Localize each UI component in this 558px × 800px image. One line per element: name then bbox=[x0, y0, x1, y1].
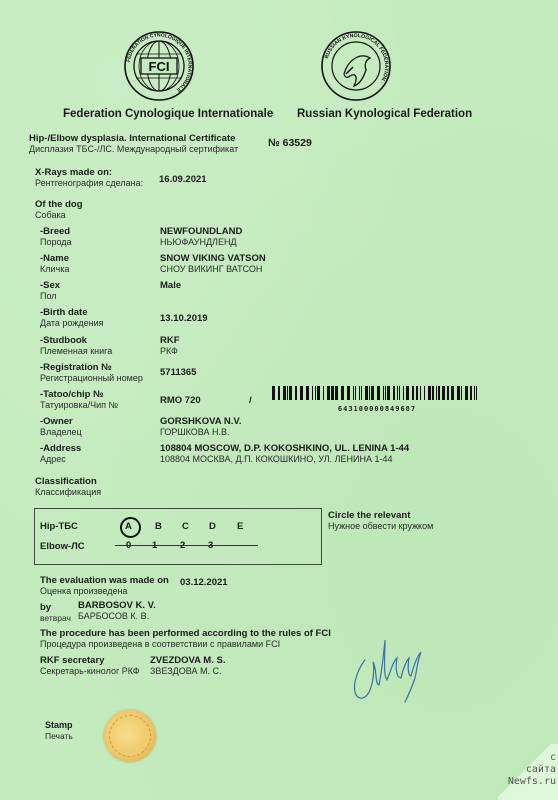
field-owner-label: -Owner Владелец bbox=[40, 416, 82, 438]
field-tattoo-value: RMO 720 bbox=[160, 395, 201, 406]
field-sex-label: -Sex Пол bbox=[40, 280, 60, 302]
secretary-name: ZVEZDOVA M. S. ЗВЕЗДОВА М. С. bbox=[150, 655, 225, 677]
elbow-strikethrough bbox=[115, 545, 258, 546]
rkf-caption: Russian Kynological Federation bbox=[297, 108, 472, 120]
watermark-line-3: Newfs.ru bbox=[498, 776, 558, 788]
circle-note: Circle the relevant Нужное обвести кружк… bbox=[328, 510, 433, 532]
classification-label: Classification Классификация bbox=[35, 476, 101, 498]
field-birth-value: 13.10.2019 bbox=[160, 313, 208, 324]
watermark-line-2: сайта bbox=[498, 764, 558, 776]
studbook-value-ru: РКФ bbox=[160, 346, 180, 357]
field-owner-value: GORSHKOVA N.V. ГОРШКОВА Н.В. bbox=[160, 416, 241, 438]
signature bbox=[345, 630, 445, 710]
stamp-label-en: Stamp bbox=[45, 720, 73, 731]
stamp-label: Stamp Печать bbox=[45, 720, 73, 742]
field-studbook-value: RKF РКФ bbox=[160, 335, 180, 357]
rkf-logo: RUSSIAN KYNOLOGICAL FEDERATION · bbox=[320, 30, 392, 102]
vet-by-ru: ветврач bbox=[40, 613, 71, 624]
xrays-label: X-Rays made on: Рентгенография сделана: bbox=[35, 167, 143, 189]
elbow-grade-0: 0 bbox=[126, 540, 131, 551]
owner-label-ru: Владелец bbox=[40, 427, 82, 438]
certificate-number: № 63529 bbox=[268, 137, 312, 149]
registration-label-ru: Регистрационный номер bbox=[40, 373, 143, 384]
owner-label-en: -Owner bbox=[40, 416, 82, 427]
address-label-ru: Адрес bbox=[40, 454, 81, 465]
evaluation-label-en: The evaluation was made on bbox=[40, 575, 169, 586]
xrays-date: 16.09.2021 bbox=[159, 174, 207, 185]
xrays-label-en: X-Rays made on: bbox=[35, 167, 143, 178]
field-name-value: SNOW VIKING VATSON СНОУ ВИКИНГ ВАТСОН bbox=[160, 253, 266, 275]
sex-value-en: Male bbox=[160, 280, 181, 291]
hip-grade-c: C bbox=[182, 521, 189, 532]
barcode-icon bbox=[272, 386, 482, 400]
birth-label-ru: Дата рождения bbox=[40, 318, 104, 329]
dog-section-label: Of the dog Собака bbox=[35, 199, 83, 221]
hip-label: Hip-ТБС bbox=[40, 521, 78, 532]
registration-label-en: -Registration № bbox=[40, 362, 143, 373]
hip-grade-d: D bbox=[209, 521, 216, 532]
procedure-en: The procedure has been performed accordi… bbox=[40, 628, 331, 639]
dog-section-en: Of the dog bbox=[35, 199, 83, 210]
address-label-en: -Address bbox=[40, 443, 81, 454]
name-value-en: SNOW VIKING VATSON bbox=[160, 253, 266, 264]
elbow-grade-1: 1 bbox=[152, 540, 157, 551]
selected-grade-circle bbox=[120, 517, 141, 538]
hip-grade-b: B bbox=[155, 521, 162, 532]
chip-barcode: 643100000849687 bbox=[272, 386, 482, 410]
address-value-ru: 108804 МОСКВА, Д.П. КОКОШКИНО, УЛ. ЛЕНИН… bbox=[160, 454, 409, 465]
classification-label-en: Classification bbox=[35, 476, 101, 487]
field-tattoo-label: -Tatoo/chip № Татуировка/Чип № bbox=[40, 389, 118, 411]
field-breed-value: NEWFOUNDLAND НЬЮФАУНДЛЕНД bbox=[160, 226, 242, 248]
classification-box: Hip-ТБС Elbow-ЛС ABCDE0123 bbox=[34, 508, 322, 565]
dog-section-ru: Собака bbox=[35, 210, 83, 221]
breed-label-en: -Breed bbox=[40, 226, 72, 237]
evaluation-label-ru: Оценка произведена bbox=[40, 586, 169, 597]
vet-by-en: by bbox=[40, 602, 71, 613]
fci-globe-seal-icon: FCI FEDERATION CYNOLOGIQUE INTERNATIONAL… bbox=[123, 30, 195, 102]
field-address-value: 108804 MOSCOW, D.P. KOKOSHKINO, UL. LENI… bbox=[160, 443, 409, 465]
studbook-value-en: RKF bbox=[160, 335, 180, 346]
evaluation-date: 03.12.2021 bbox=[180, 577, 228, 588]
studbook-label-ru: Племенная книга bbox=[40, 346, 112, 357]
signature-icon bbox=[345, 630, 445, 710]
fci-logo: FCI FEDERATION CYNOLOGIQUE INTERNATIONAL… bbox=[123, 30, 195, 102]
secretary-label: RKF secretary Секретарь-кинолог РКФ bbox=[40, 655, 140, 677]
elbow-label: Elbow-ЛС bbox=[40, 541, 85, 552]
field-birth-label: -Birth date Дата рождения bbox=[40, 307, 104, 329]
barcode-number: 643100000849687 bbox=[272, 405, 482, 413]
certificate-title-ru: Дисплазия ТБС-/ЛС. Международный сертифи… bbox=[29, 144, 238, 155]
owner-value-ru: ГОРШКОВА Н.В. bbox=[160, 427, 241, 438]
gold-stamp-seal-icon bbox=[104, 710, 156, 762]
vet-name-ru: БАРБОСОВ К. В. bbox=[78, 611, 156, 622]
evaluation-label: The evaluation was made on Оценка произв… bbox=[40, 575, 169, 597]
procedure-ru: Процедура произведена в соответствии с п… bbox=[40, 639, 331, 650]
field-registration-label: -Registration № Регистрационный номер bbox=[40, 362, 143, 384]
tattoo-label-en: -Tatoo/chip № bbox=[40, 389, 118, 400]
chip-separator: / bbox=[249, 395, 252, 406]
elbow-grade-3: 3 bbox=[208, 540, 213, 551]
stamp-label-ru: Печать bbox=[45, 731, 73, 742]
tattoo-label-ru: Татуировка/Чип № bbox=[40, 400, 118, 411]
circle-note-en: Circle the relevant bbox=[328, 510, 433, 521]
fci-caption: Federation Cynologique Internationale bbox=[63, 108, 273, 120]
rkf-dog-head-seal-icon: RUSSIAN KYNOLOGICAL FEDERATION · bbox=[320, 30, 392, 102]
vet-name: BARBOSOV K. V. БАРБОСОВ К. В. bbox=[78, 600, 156, 622]
svg-text:FCI: FCI bbox=[149, 59, 170, 74]
name-label-ru: Кличка bbox=[40, 264, 69, 275]
sex-label-ru: Пол bbox=[40, 291, 60, 302]
address-value-en: 108804 MOSCOW, D.P. KOKOSHKINO, UL. LENI… bbox=[160, 443, 409, 454]
vet-name-en: BARBOSOV K. V. bbox=[78, 600, 156, 611]
field-breed-label: -Breed Порода bbox=[40, 226, 72, 248]
name-label-en: -Name bbox=[40, 253, 69, 264]
registration-value-en: 5711365 bbox=[160, 367, 196, 378]
certificate-title: Hip-/Elbow dysplasia. International Cert… bbox=[29, 133, 238, 155]
birth-label-en: -Birth date bbox=[40, 307, 104, 318]
secretary-label-ru: Секретарь-кинолог РКФ bbox=[40, 666, 140, 677]
xrays-label-ru: Рентгенография сделана: bbox=[35, 178, 143, 189]
field-sex-value: Male bbox=[160, 280, 181, 291]
breed-value-ru: НЬЮФАУНДЛЕНД bbox=[160, 237, 242, 248]
field-address-label: -Address Адрес bbox=[40, 443, 81, 465]
watermark-line-1: с bbox=[498, 752, 558, 764]
breed-label-ru: Порода bbox=[40, 237, 72, 248]
field-studbook-label: -Studbook Племенная книга bbox=[40, 335, 112, 357]
certificate-title-en: Hip-/Elbow dysplasia. International Cert… bbox=[29, 133, 238, 144]
birth-value-en: 13.10.2019 bbox=[160, 313, 208, 324]
circle-note-ru: Нужное обвести кружком bbox=[328, 521, 433, 532]
studbook-label-en: -Studbook bbox=[40, 335, 112, 346]
elbow-grade-2: 2 bbox=[180, 540, 185, 551]
hip-grade-e: E bbox=[237, 521, 243, 532]
secretary-label-en: RKF secretary bbox=[40, 655, 140, 666]
procedure-statement: The procedure has been performed accordi… bbox=[40, 628, 331, 650]
secretary-name-ru: ЗВЕЗДОВА М. С. bbox=[150, 666, 225, 677]
sex-label-en: -Sex bbox=[40, 280, 60, 291]
site-watermark: с сайта Newfs.ru bbox=[498, 744, 558, 800]
vet-by-label: by ветврач bbox=[40, 602, 71, 624]
owner-value-en: GORSHKOVA N.V. bbox=[160, 416, 241, 427]
field-registration-value: 5711365 bbox=[160, 367, 196, 378]
tattoo-value-en: RMO 720 bbox=[160, 395, 201, 406]
classification-label-ru: Классификация bbox=[35, 487, 101, 498]
name-value-ru: СНОУ ВИКИНГ ВАТСОН bbox=[160, 264, 266, 275]
secretary-name-en: ZVEZDOVA M. S. bbox=[150, 655, 225, 666]
breed-value-en: NEWFOUNDLAND bbox=[160, 226, 242, 237]
field-name-label: -Name Кличка bbox=[40, 253, 69, 275]
